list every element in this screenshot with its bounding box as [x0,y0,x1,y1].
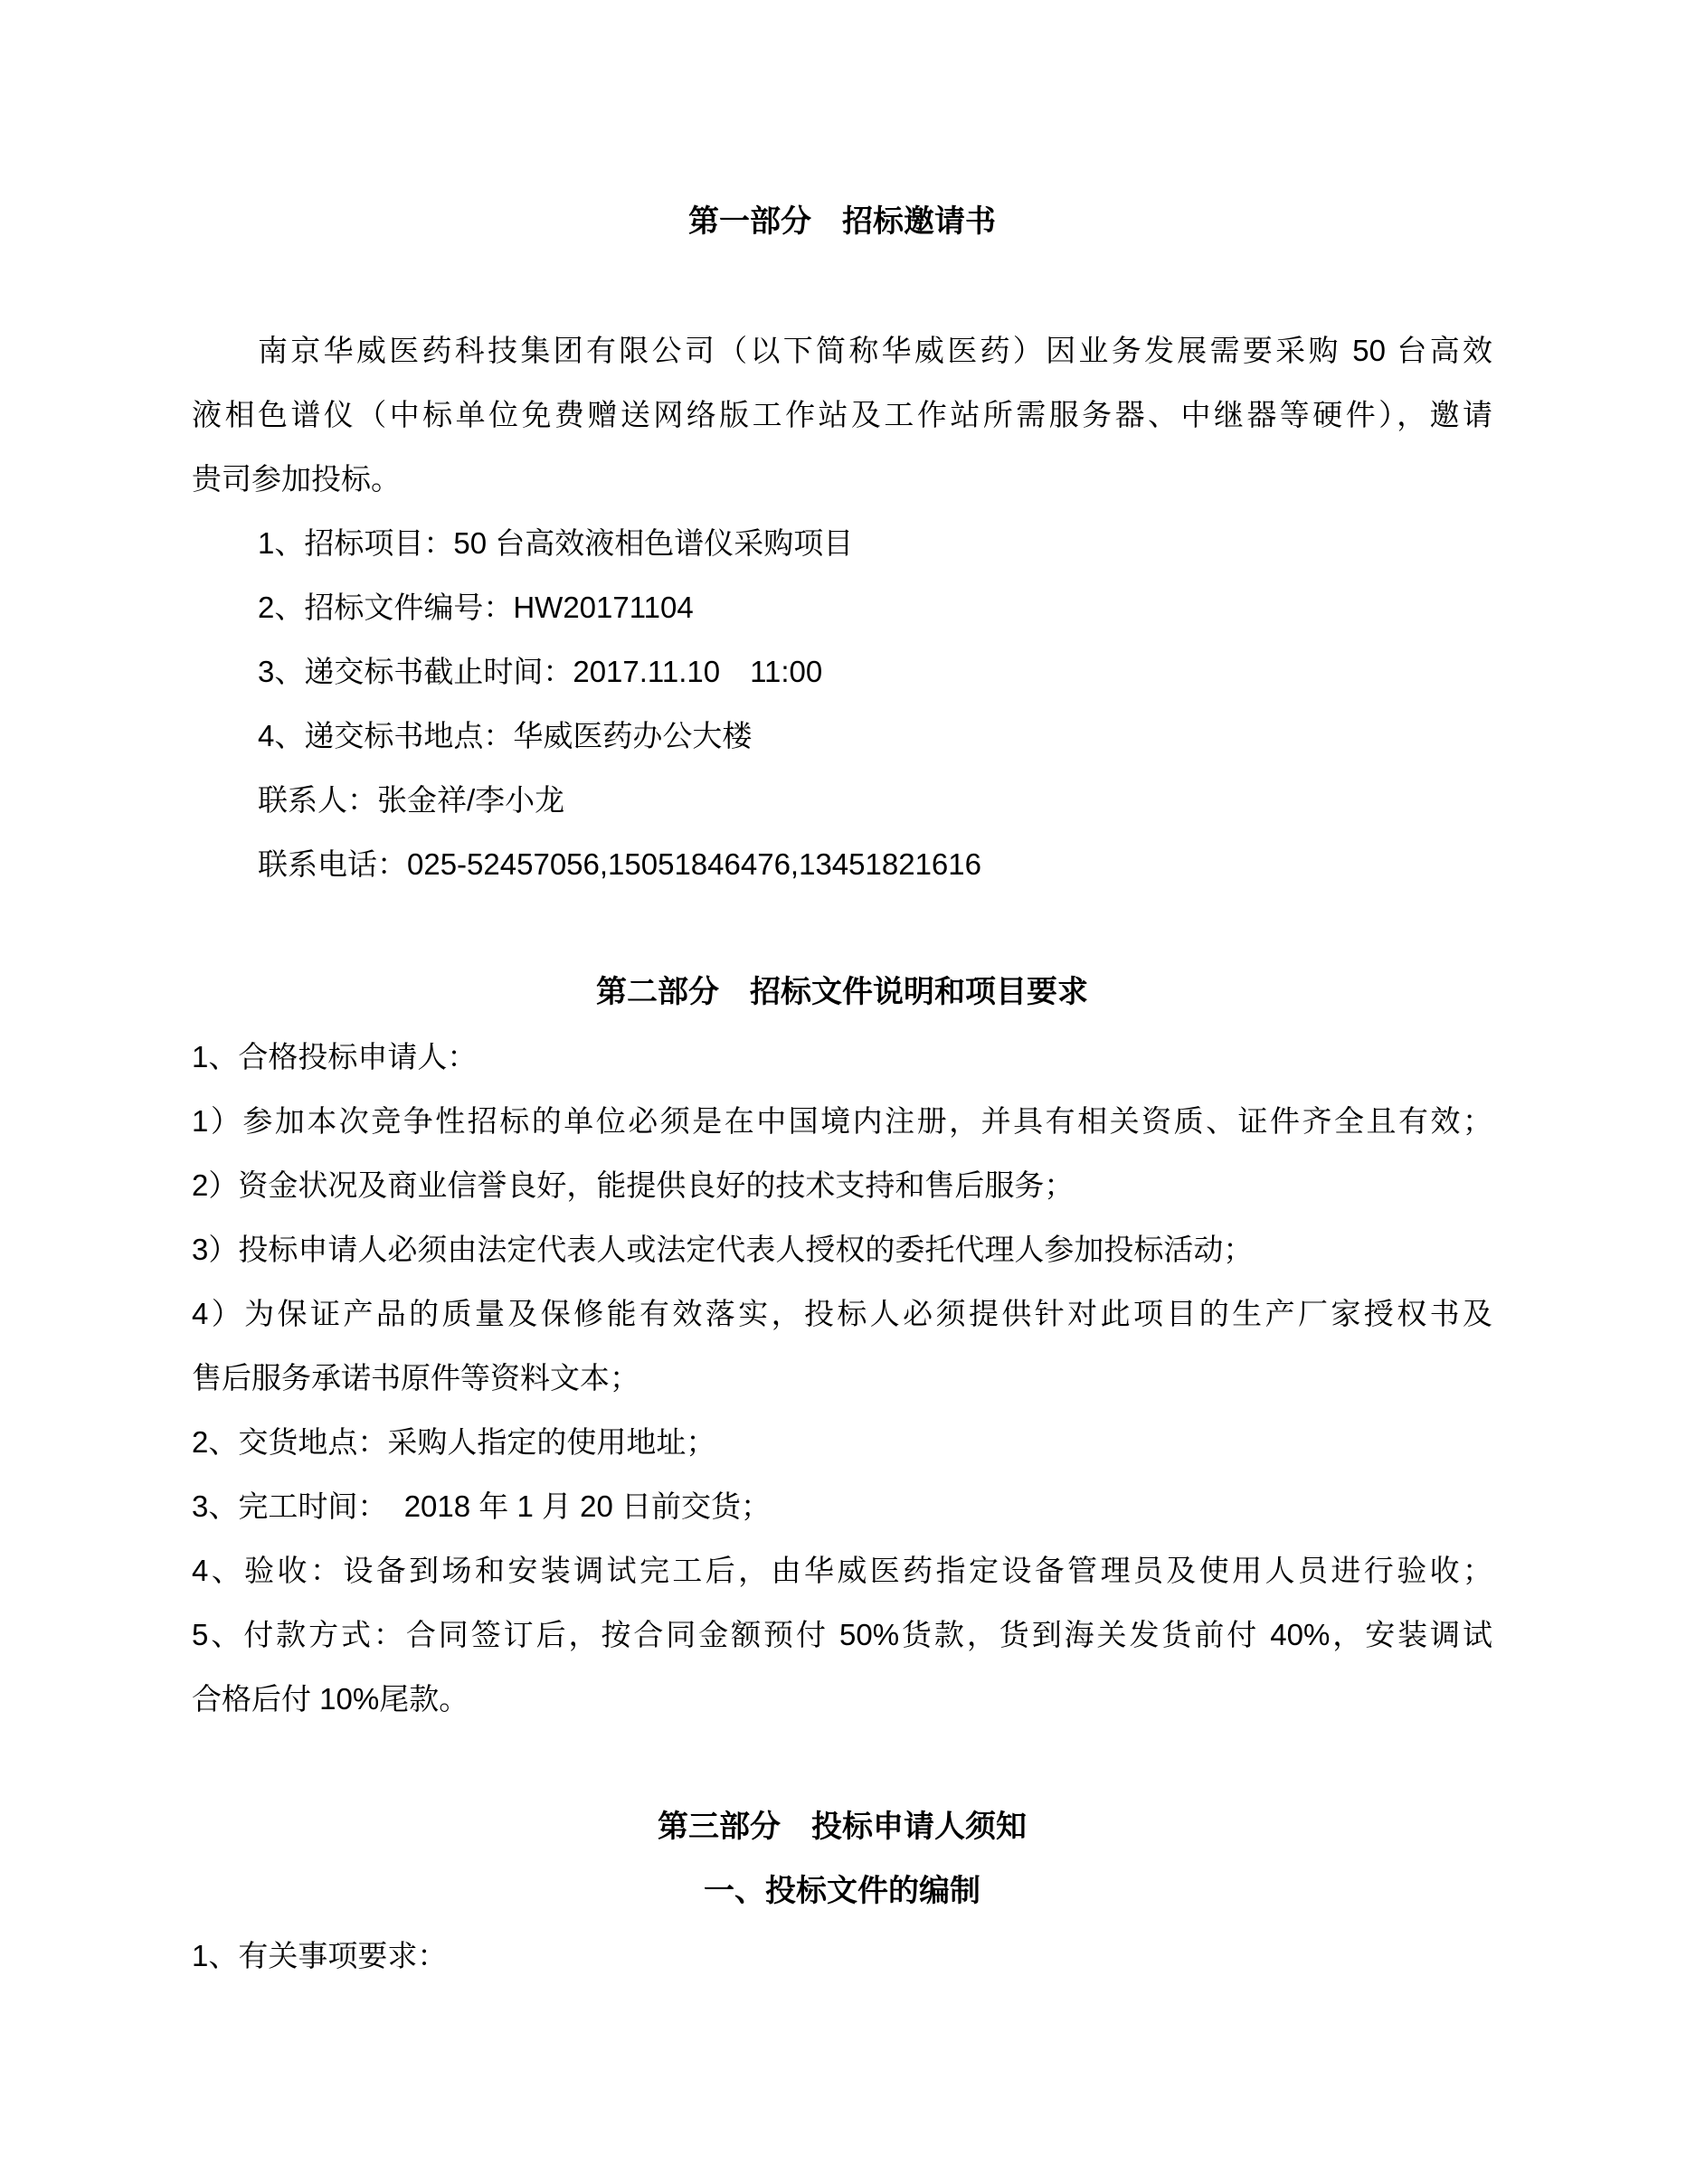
part3-subheading: 一、投标文件的编制 [192,1859,1492,1924]
part2-clause-5-line-2: 合格后付 10%尾款。 [192,1667,1492,1731]
blank-line [192,254,1492,318]
part2-clause-4: 4、验收：设备到场和安装调试完工后，由华威医药指定设备管理员及使用人员进行验收； [192,1538,1492,1603]
blank-line [192,896,1492,960]
part1-intro-line-2: 液相色谱仪（中标单位免费赠送网络版工作站及工作站所需服务器、中继器等硬件），邀请 [192,383,1492,447]
blank-line [192,1731,1492,1795]
part2-clause1-sub-4-line-1: 4）为保证产品的质量及保修能有效落实，投标人必须提供针对此项目的生产厂家授权书及 [192,1281,1492,1346]
part2-clause1-sub-2: 2）资金状况及商业信誉良好，能提供良好的技术支持和售后服务； [192,1153,1492,1217]
part1-item-3: 3、递交标书截止时间：2017.11.10 11:00 [192,639,1492,704]
part1-intro-line-1: 南京华威医药科技集团有限公司（以下简称华威医药）因业务发展需要采购 50 台高效 [192,318,1492,383]
contact-person-line: 联系人：张金祥/李小龙 [192,768,1492,832]
part1-item-1: 1、招标项目：50 台高效液相色谱仪采购项目 [192,511,1492,575]
part2-clause-5-line-1: 5、付款方式：合同签订后，按合同金额预付 50%货款，货到海关发货前付 40%，… [192,1603,1492,1667]
part1-item-4: 4、递交标书地点：华威医药办公大楼 [192,704,1492,768]
part2-clause1-sub-1: 1）参加本次竞争性招标的单位必须是在中国境内注册，并具有相关资质、证件齐全且有效… [192,1089,1492,1153]
part2-clause1-sub-3: 3）投标申请人必须由法定代表人或法定代表人授权的委托代理人参加投标活动； [192,1217,1492,1281]
part1-intro-line-3: 贵司参加投标。 [192,447,1492,511]
part2-clause1-sub-4-line-2: 售后服务承诺书原件等资料文本； [192,1346,1492,1410]
part3-clause-1: 1、有关事项要求： [192,1924,1492,1988]
part1-heading: 第一部分 招标邀请书 [192,190,1492,254]
contact-phone-line: 联系电话：025-52457056,15051846476,1345182161… [192,832,1492,896]
part2-clause-1: 1、合格投标申请人： [192,1025,1492,1089]
part1-item-2: 2、招标文件编号：HW20171104 [192,575,1492,639]
part2-heading: 第二部分 招标文件说明和项目要求 [192,960,1492,1025]
part2-clause-3: 3、完工时间： 2018 年 1 月 20 日前交货； [192,1474,1492,1538]
part2-clause-2: 2、交货地点：采购人指定的使用地址； [192,1410,1492,1474]
document-page: 第一部分 招标邀请书 南京华威医药科技集团有限公司（以下简称华威医药）因业务发展… [0,0,1686,2184]
part3-heading: 第三部分 投标申请人须知 [192,1795,1492,1859]
